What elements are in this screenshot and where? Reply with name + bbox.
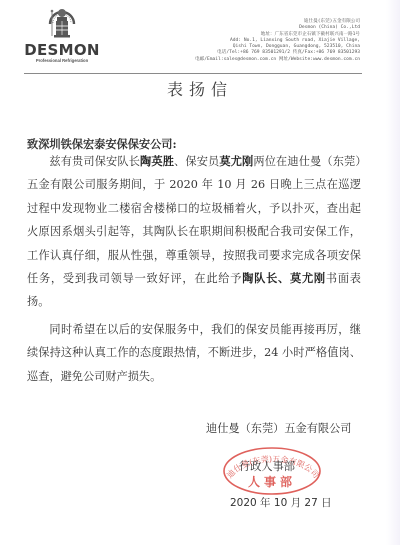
body-paragraph-1: 兹有贵司保安队长陶英胜、保安员莫尤刚两位在迪仕曼（东莞）五金有限公司服务期间，于… xyxy=(27,150,361,314)
text: 两位在迪仕曼（东莞）五金有限公司服务期间，于 2020 年 10 月 26 日晚… xyxy=(27,155,361,285)
email-website: 电邮/Email:sales@desmon.com.cn 网址/Website:… xyxy=(150,57,360,63)
signature-date: 2020 年 10 月 27 日 xyxy=(230,495,332,510)
signature-department: 行政人事部 xyxy=(239,458,295,474)
company-contact-block: 迪仕曼(东莞)五金有限公司 Desmon (China) Co.,Ltd 地址：… xyxy=(150,19,360,63)
company-logo: DESMON Professional Refrigeration xyxy=(22,2,102,68)
body-paragraph-2: 同时希望在以后的安保服务中，我们的保安员能再接再厉，继续保持这种认真工作的态度跟… xyxy=(27,318,361,388)
text: 、保安员 xyxy=(174,155,219,168)
svg-text:人事部: 人事部 xyxy=(248,474,296,489)
logo-tagline: Professional Refrigeration xyxy=(24,58,100,63)
captain-name: 陶英胜 xyxy=(140,154,174,168)
header-divider xyxy=(24,73,362,74)
letter-title: 表扬信 xyxy=(0,77,400,100)
guard-name: 莫尤刚 xyxy=(219,154,253,168)
signature-company: 迪仕曼（东莞）五金有限公司 xyxy=(206,420,351,436)
praised-names: 陶队长、莫尤刚 xyxy=(242,271,326,285)
desmon-emblem-icon xyxy=(45,2,79,40)
text: 兹有贵司保安队长 xyxy=(49,155,140,168)
logo-wordmark: DESMON xyxy=(24,41,100,59)
